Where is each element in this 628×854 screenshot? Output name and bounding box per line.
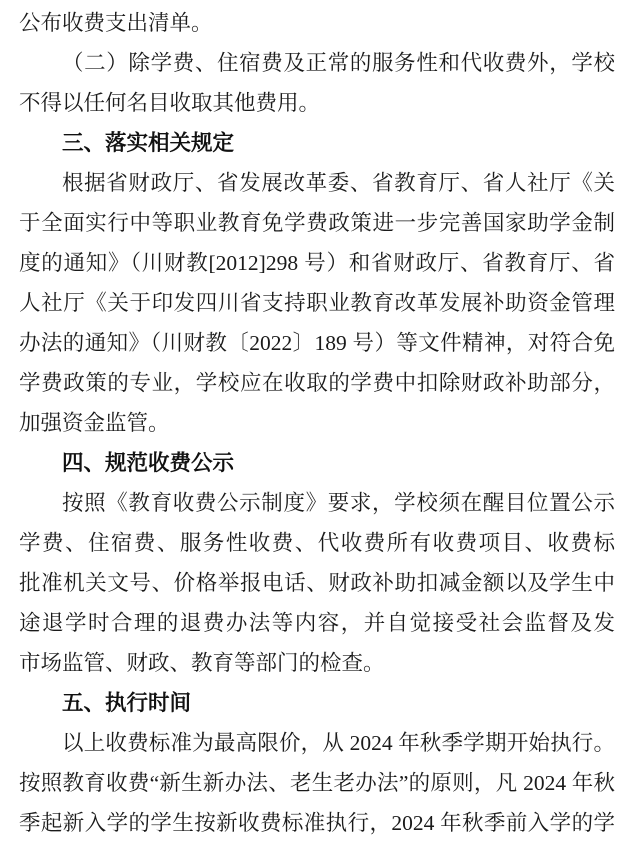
text-line: 不得以任何名目收取其他费用。 — [19, 83, 615, 123]
document-page: 公布收费支出清单。 （二）除学费、住宿费及正常的服务性和代收费外，学校 不得以任… — [0, 0, 628, 854]
text-line: 于全面实行中等职业教育免学费政策进一步完善国家助学金制 — [19, 203, 615, 243]
text-line: 批准机关文号、价格举报电话、财政补助扣减金额以及学生中 — [19, 563, 615, 603]
text-line: 度的通知》（川财教[2012]298 号）和省财政厅、省教育厅、省 — [19, 243, 615, 283]
text-line: 市场监管、财政、教育等部门的检查。 — [19, 643, 615, 683]
text-line: 以上收费标准为最高限价，从 2024 年秋季学期开始执行。 — [19, 723, 615, 763]
heading-section-3: 三、落实相关规定 — [19, 123, 615, 163]
text-line: 学费政策的专业，学校应在收取的学费中扣除财政补助部分， — [19, 363, 615, 403]
text-line: 途退学时合理的退费办法等内容，并自觉接受社会监督及发改、 — [19, 603, 615, 643]
text-line: 办法的通知》（川财教〔2022〕189 号）等文件精神，对符合免 — [19, 323, 615, 363]
text-line: 人社厅《关于印发四川省支持职业教育改革发展补助资金管理 — [19, 283, 615, 323]
text-line: 季起新入学的学生按新收费标准执行，2024 年秋季前入学的学 — [19, 803, 615, 843]
text-line: （二）除学费、住宿费及正常的服务性和代收费外，学校 — [19, 43, 615, 83]
heading-section-4: 四、规范收费公示 — [19, 443, 615, 483]
text-line: 按照教育收费“新生新办法、老生老办法”的原则，凡 2024 年秋 — [19, 763, 615, 803]
text-line: 加强资金监管。 — [19, 403, 615, 443]
document-body: 公布收费支出清单。 （二）除学费、住宿费及正常的服务性和代收费外，学校 不得以任… — [0, 0, 628, 843]
heading-section-5: 五、执行时间 — [19, 683, 615, 723]
text-line: 公布收费支出清单。 — [19, 3, 615, 43]
text-line: 学费、住宿费、服务性收费、代收费所有收费项目、收费标准、 — [19, 523, 615, 563]
text-line: 按照《教育收费公示制度》要求，学校须在醒目位置公示 — [19, 483, 615, 523]
text-line: 根据省财政厅、省发展改革委、省教育厅、省人社厅《关 — [19, 163, 615, 203]
